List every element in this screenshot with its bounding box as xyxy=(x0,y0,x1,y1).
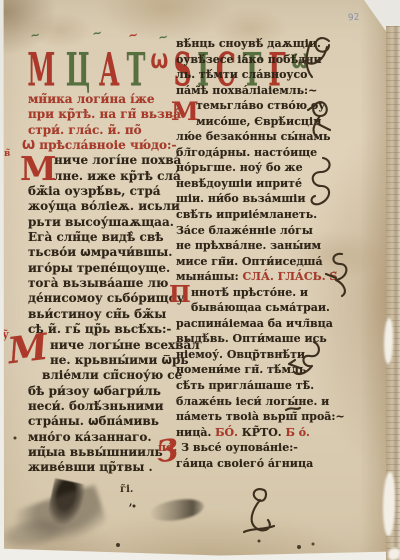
vyaz-letter: М xyxy=(27,47,55,93)
text-line: рьти высоу́шаѫщаа. xyxy=(28,215,176,230)
vyaz-letter: Т xyxy=(127,47,146,93)
initial-P-right: П xyxy=(169,283,191,306)
text-line: стра́ны. ѡбпа́мивь xyxy=(28,414,176,429)
text-line: ница̀. БО́. КР̃ТО. Б о́. xyxy=(176,425,318,441)
cursive-scribble-1-icon xyxy=(296,33,336,81)
text-line: иц̃ыа вьвы́шнииль xyxy=(28,445,176,460)
title-vyaz: МЦАТѠЅІСТГѠ xyxy=(22,38,176,92)
text-line: бл̃года́рны. насто́ище xyxy=(176,145,318,161)
text-line: жоу́ща во́ліеѫ. исьли xyxy=(28,199,176,214)
text-line: мно́го ка́заннаго. xyxy=(28,430,176,445)
text-line: мн̃ика логи́на і́же xyxy=(28,92,176,107)
text-line: мына́шы: СЛА́. ГЛА́СЬ. Ѕ̃. xyxy=(176,269,318,285)
rubric-margin-mark-1: в̃ xyxy=(4,150,10,159)
initial-Z-right: З xyxy=(155,436,180,468)
text-line: неси́. болѣ́зньними xyxy=(28,399,176,414)
vyaz-letter: Ц xyxy=(65,47,89,93)
text-line: живе́вши цр̃твы . xyxy=(28,460,176,475)
text-line: сѣ и̃. гь̃ цр̃ь вьсѣ́хь:- xyxy=(28,322,176,337)
text-line: ниче логы́не всехва́л xyxy=(50,338,176,353)
text-line: свѣ́ть иприіе́мланеть. xyxy=(176,207,318,223)
vyaz-curl-ornament: ~ xyxy=(29,27,42,43)
rubric-margin-mark-2: у̃ xyxy=(2,329,9,340)
initial-M-right: М xyxy=(171,99,199,124)
text-line: лне. иже кр̃тѣ сла́ xyxy=(54,169,176,184)
text-line: лю́е безако́нны сы́намь xyxy=(176,129,318,145)
text-line: вліе́мли сп̃сноу́ю се́ xyxy=(42,368,176,383)
text-line: мисе гн̃и. Опти́иседша́ xyxy=(176,254,318,270)
vyaz-letter: А xyxy=(99,47,120,93)
initial-M-left-2: М xyxy=(6,329,50,370)
text-line: по́. З вьсе́ оупова́ніе:- xyxy=(158,440,318,456)
text-line: тога̀ вьзыва́аше лю xyxy=(28,276,176,291)
text-line: невѣ́доушіи иприте́ xyxy=(176,176,318,192)
folio-number: 92 xyxy=(348,13,360,24)
comma-mark: , xyxy=(129,498,132,508)
initial-M-left-1: М xyxy=(20,152,57,185)
text-line: За́се блаже́нніе ло́гы xyxy=(176,223,318,239)
ink-smear-tail xyxy=(0,513,68,552)
manuscript-page: 92 МЦАТѠЅІСТГѠ мн̃ика логи́на і́жепри кр… xyxy=(0,0,400,560)
text-line: при кр̃тѣ. на гн̃ вьзва́. xyxy=(28,107,176,122)
text-line: па́м̃ѣ похва́ліаіемль:~ xyxy=(176,83,318,99)
text-line: шіи. ни́бо вьза́мшіи xyxy=(176,191,318,207)
quire-catchword: г̃і. xyxy=(120,484,133,495)
text-line: быва́ющаа сьма́траи. xyxy=(191,300,318,316)
text-line: де́нисомоу сьбо́рищоу. xyxy=(28,291,176,306)
vyaz-curl-ornament: ~ xyxy=(157,29,170,45)
ink-specks xyxy=(0,0,2,2)
text-line: ннотѣ́ прѣсто́не. и xyxy=(191,285,318,301)
cursive-scribble-bottom-icon xyxy=(234,484,278,538)
vyaz-letter: Ѡ xyxy=(151,52,169,72)
cursive-scribble-2-icon xyxy=(300,96,336,142)
photo-backdrop: 92 МЦАТѠЅІСТГѠ мн̃ика логи́на і́жепри кр… xyxy=(0,0,400,560)
ink-smudge xyxy=(149,496,205,524)
text-line: стри́. гла́с. и̃. по̃ xyxy=(28,123,176,138)
text-line: бѣ ри́зоу ѡбагри́ль xyxy=(28,384,176,399)
text-line: вьи́стиноу сн̃ь бж̃ы xyxy=(28,307,176,322)
text-line: ниче логі́не похва́ xyxy=(54,153,176,168)
text-line: но́рьгше. ноу́ бо же xyxy=(176,160,318,176)
cursive-scribble-3-icon xyxy=(301,152,335,216)
text-line: тьсво́и ѡмрачи́вшы. xyxy=(28,245,176,260)
vyaz-curl-ornament: ~ xyxy=(91,25,104,41)
text-line: распина́іемаа б̃а ичл̃вца xyxy=(176,316,318,332)
text-line: га́ица своіего́ а́гница xyxy=(176,456,318,472)
text-line: не. крьвны́ими ѿрь xyxy=(50,353,176,368)
text-line: иго́ры трепе́щоуще. xyxy=(28,261,176,276)
text-line: не прѣхва́лне. заны́им xyxy=(176,238,318,254)
cursive-dash-icon xyxy=(284,404,302,414)
cursive-scribble-5-icon xyxy=(286,334,326,382)
cursive-scribble-4-icon xyxy=(318,248,354,298)
text-line: Ега̀ слн̃це видѣ̀ свѣ xyxy=(28,230,176,245)
vyaz-curl-ornament: ~ xyxy=(127,27,140,43)
